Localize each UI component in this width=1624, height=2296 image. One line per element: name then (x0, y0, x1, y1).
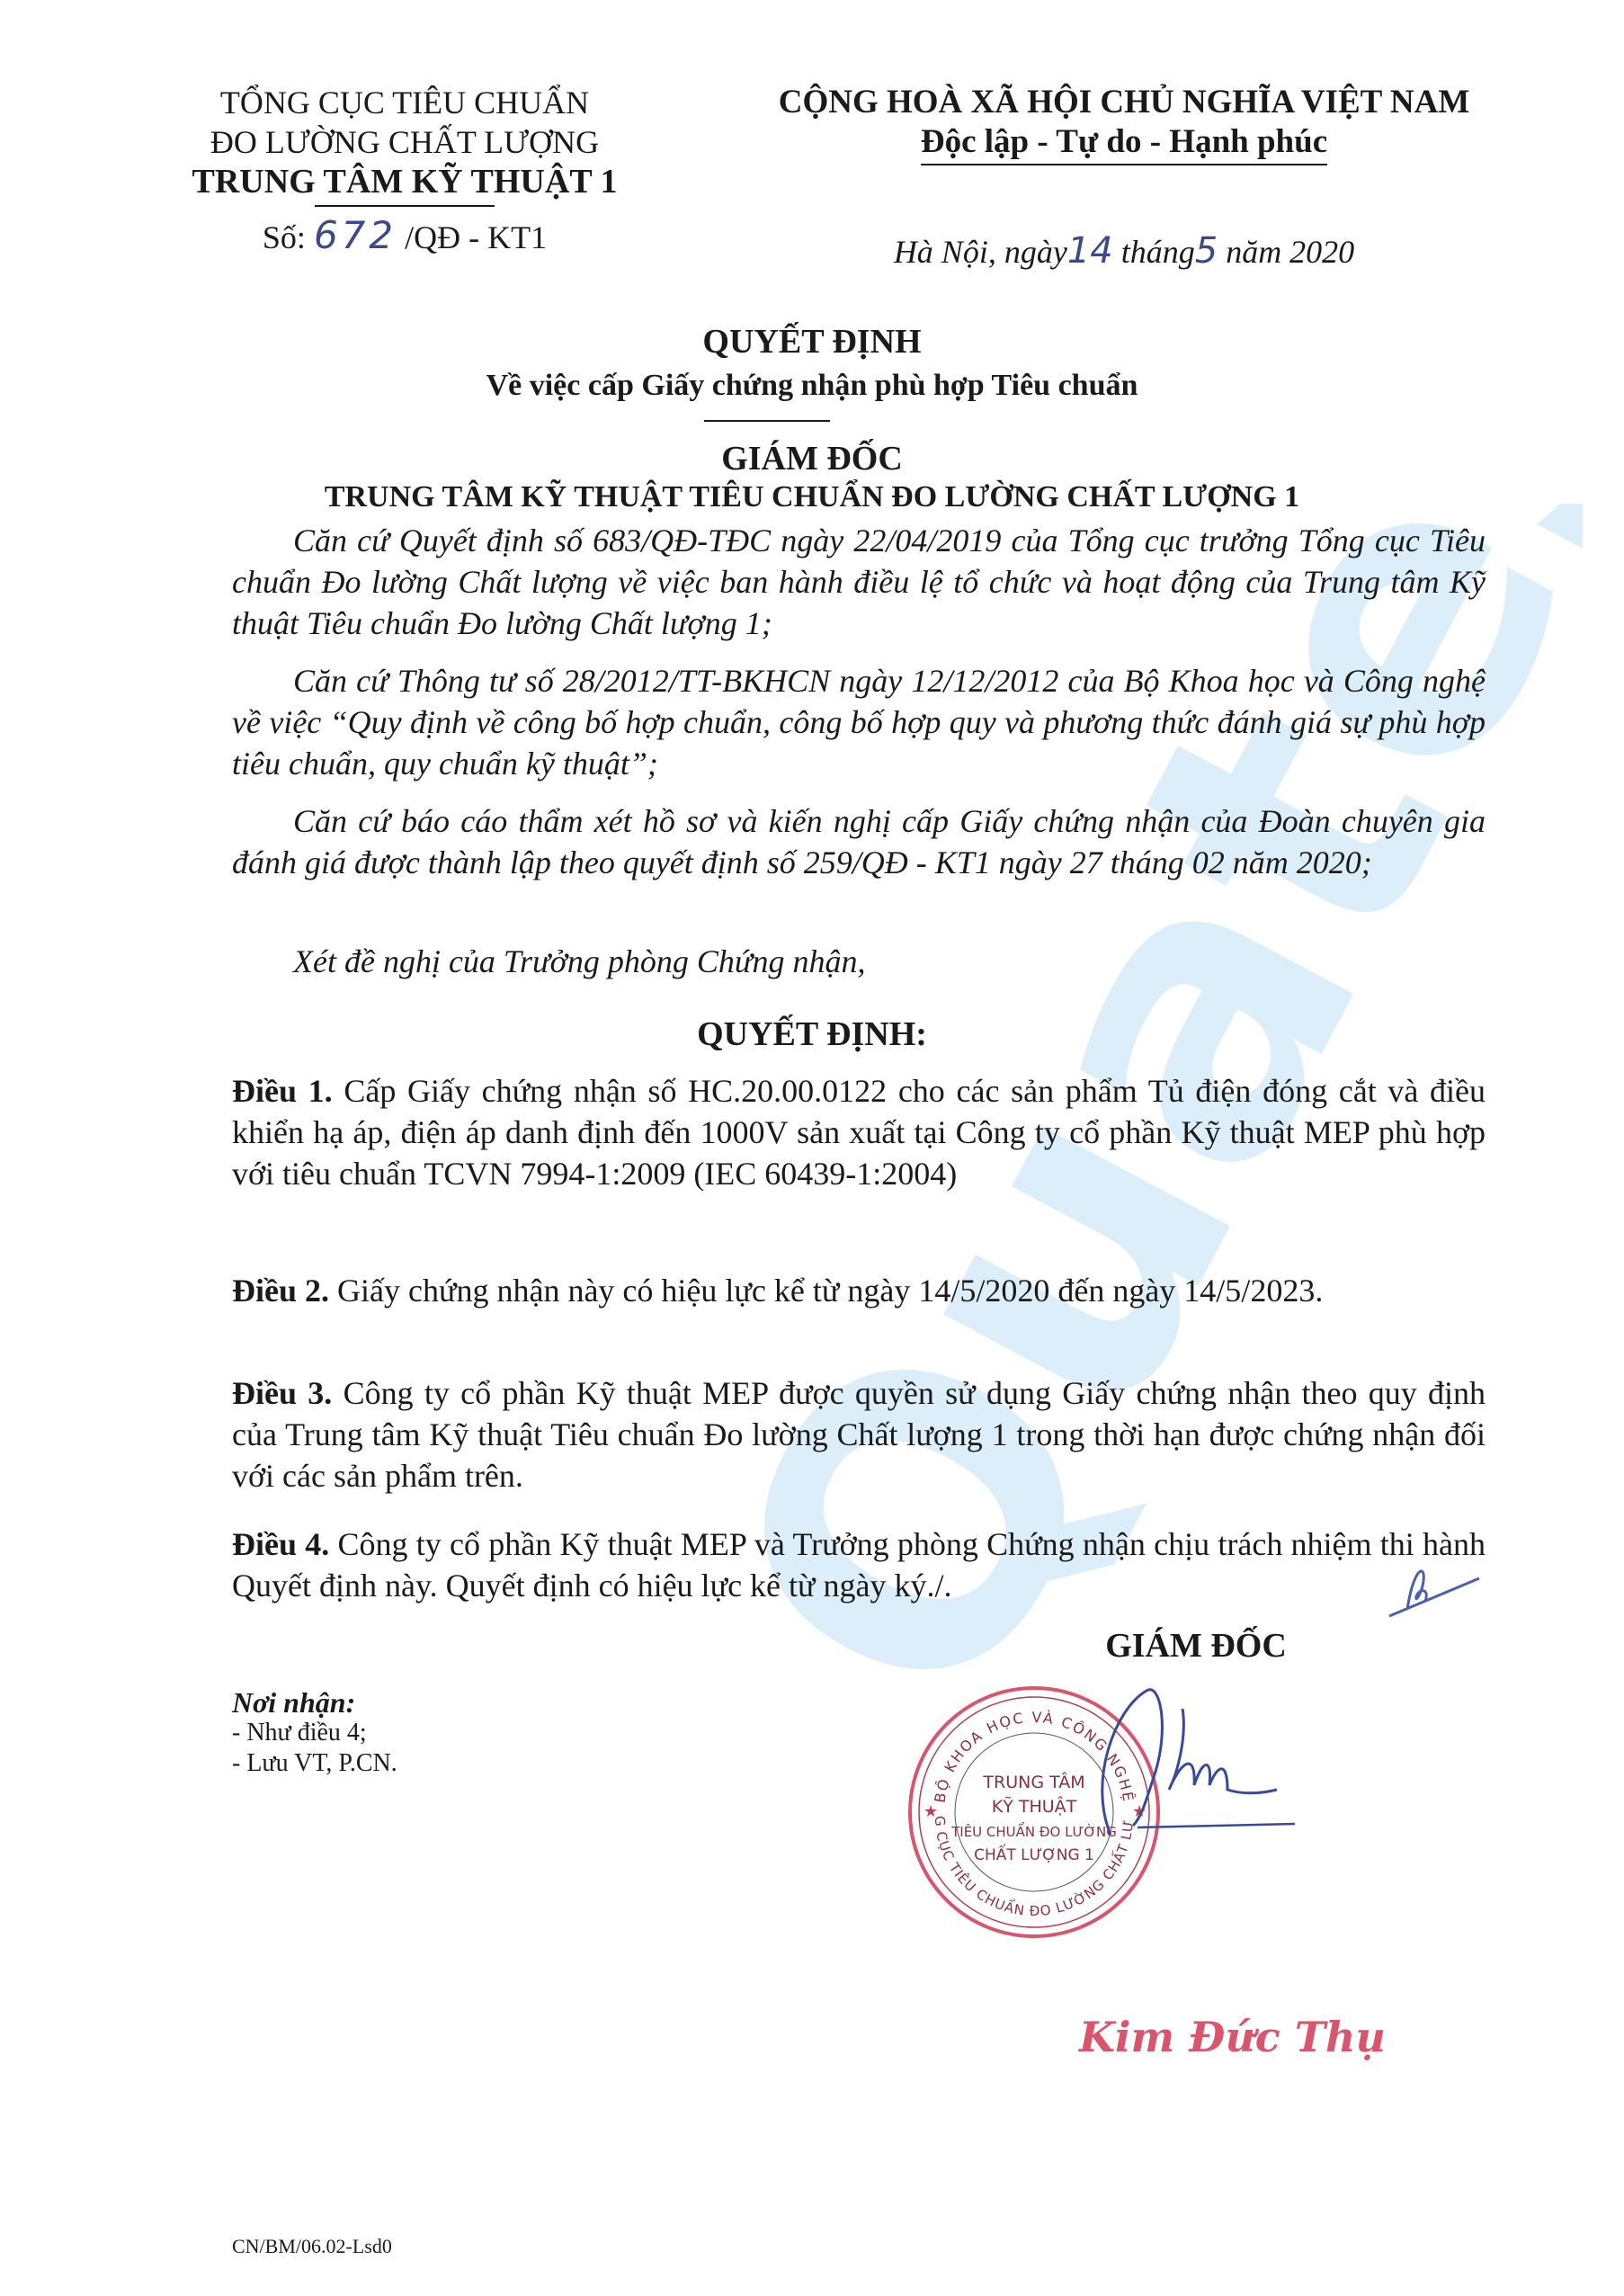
svg-text:★: ★ (924, 1802, 938, 1820)
document-number: Số: 672 /QĐ - KT1 (135, 216, 674, 257)
article-1: Điều 1. Cấp Giấy chứng nhận số HC.20.00.… (232, 1070, 1486, 1194)
document-number-prefix: Số: (263, 219, 306, 255)
document-title: QUYẾT ĐỊNH (0, 322, 1624, 362)
preamble-3-text: Căn cứ báo cáo thẩm xét hồ sơ và kiến ng… (232, 803, 1486, 880)
preamble-4-text: Xét đề nghị của Trưởng phòng Chứng nhận, (293, 943, 865, 979)
decision-heading: QUYẾT ĐỊNH: (0, 1014, 1624, 1054)
national-header-block: CỘNG HOÀ XÃ HỘI CHỦ NGHĨA VIỆT NAM Độc l… (719, 83, 1529, 165)
preamble-4: Xét đề nghị của Trưởng phòng Chứng nhận, (232, 941, 1486, 982)
document-number-handwritten: 672 (314, 213, 397, 257)
article-4-label: Điều 4. (232, 1526, 329, 1562)
signer-name-stamp: Kim Đức Thụ (1079, 2013, 1386, 2061)
recipient-item: - Như điều 4; (232, 1718, 397, 1748)
date-month-handwritten: 5 (1195, 230, 1218, 272)
preamble-1: Căn cứ Quyết định số 683/QĐ-TĐC ngày 22/… (232, 520, 1486, 644)
article-2-label: Điều 2. (232, 1273, 329, 1309)
article-4-text: Công ty cổ phần Kỹ thuật MEP và Trưởng p… (232, 1526, 1486, 1604)
date-prefix: Hà Nội, ngày (894, 234, 1067, 270)
article-2-text: Giấy chứng nhận này có hiệu lực kể từ ng… (337, 1273, 1323, 1309)
recipients-label: Nơi nhận: (232, 1687, 397, 1718)
article-3-text: Công ty cổ phần Kỹ thuật MEP được quyền … (232, 1375, 1486, 1494)
authority-organization: TRUNG TÂM KỸ THUẬT TIÊU CHUẨN ĐO LƯỜNG C… (0, 480, 1624, 514)
preamble-3: Căn cứ báo cáo thẩm xét hồ sơ và kiến ng… (232, 800, 1486, 883)
authority-title: GIÁM ĐỐC (0, 439, 1624, 478)
article-3: Điều 3. Công ty cổ phần Kỹ thuật MEP đượ… (232, 1372, 1486, 1496)
recipients-block: Nơi nhận: - Như điều 4; - Lưu VT, P.CN. (232, 1687, 397, 1779)
article-3-label: Điều 3. (232, 1375, 332, 1411)
date-year: năm 2020 (1226, 234, 1354, 270)
date-day-handwritten: 14 (1067, 230, 1113, 272)
agency-line-2: ĐO LƯỜNG CHẤT LƯỢNG (135, 122, 674, 162)
preamble-1-text: Căn cứ Quyết định số 683/QĐ-TĐC ngày 22/… (232, 523, 1486, 641)
issuing-agency-block: TỔNG CỤC TIÊU CHUẨN ĐO LƯỜNG CHẤT LƯỢNG … (135, 83, 674, 257)
agency-line-1: TỔNG CỤC TIÊU CHUẨN (135, 83, 674, 122)
form-code: CN/BM/06.02-Lsd0 (232, 2235, 392, 2258)
article-1-label: Điều 1. (232, 1073, 333, 1109)
article-2: Điều 2. Giấy chứng nhận này có hiệu lực … (232, 1270, 1486, 1311)
issue-date: Hà Nội, ngày14 tháng5 năm 2020 (719, 230, 1529, 272)
article-4: Điều 4. Công ty cổ phần Kỹ thuật MEP và … (232, 1523, 1486, 1606)
preamble-2-text: Căn cứ Thông tư số 28/2012/TT-BKHCN ngày… (232, 663, 1486, 782)
preamble-2: Căn cứ Thông tư số 28/2012/TT-BKHCN ngày… (232, 660, 1486, 784)
document-number-suffix: /QĐ - KT1 (405, 219, 547, 255)
national-motto: Độc lập - Tự do - Hạnh phúc (921, 122, 1327, 165)
issuing-center: TRUNG TÂM KỸ THUẬT 1 (135, 162, 674, 201)
signer-title: GIÁM ĐỐC (1043, 1626, 1349, 1666)
handwritten-signature-icon (1061, 1673, 1367, 1853)
header-left-rule (315, 205, 495, 207)
article-1-text: Cấp Giấy chứng nhận số HC.20.00.0122 cho… (232, 1073, 1486, 1192)
recipient-item: - Lưu VT, P.CN. (232, 1748, 397, 1779)
nation-name: CỘNG HOÀ XÃ HỘI CHỦ NGHĨA VIỆT NAM (719, 83, 1529, 122)
title-rule (704, 420, 830, 422)
initial-signature-mark-icon (1380, 1560, 1488, 1623)
date-month-label: tháng (1121, 234, 1195, 270)
document-subject: Về việc cấp Giấy chứng nhận phù hợp Tiêu… (0, 369, 1624, 403)
